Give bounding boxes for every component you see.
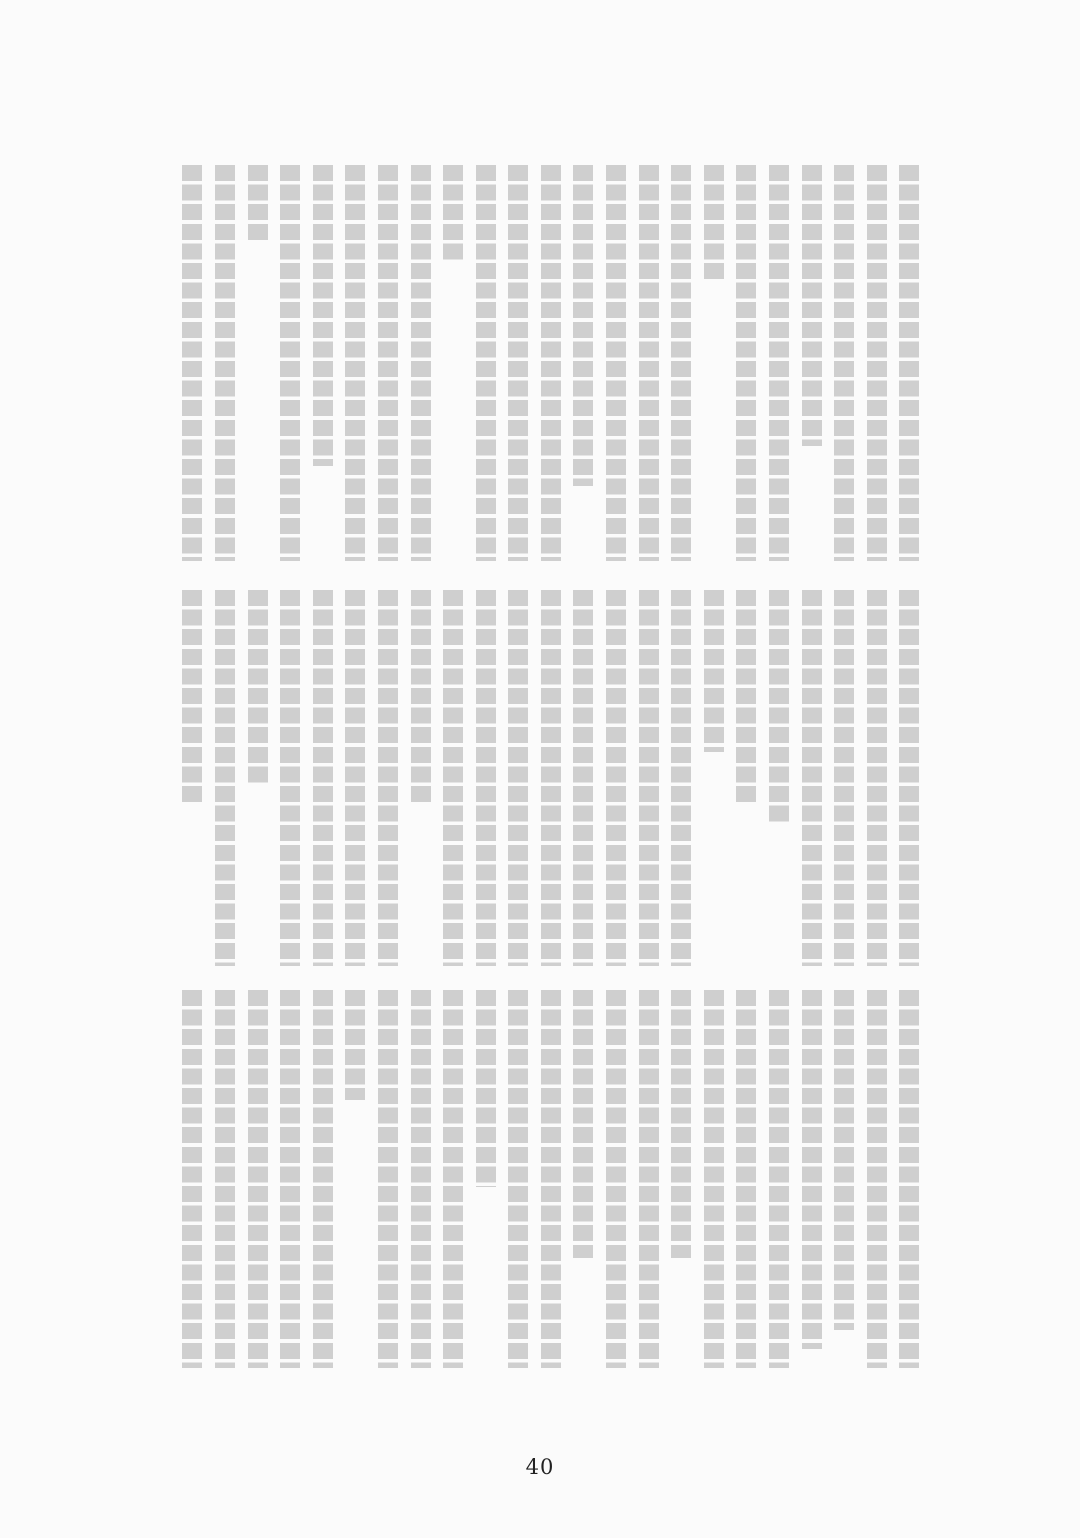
- redacted-text-bar: [899, 165, 919, 561]
- text-column: [665, 990, 698, 1368]
- text-column: [828, 165, 861, 561]
- redacted-text-bar: [606, 590, 626, 966]
- text-column: [535, 590, 568, 966]
- redacted-text-bar: [248, 990, 268, 1368]
- text-column: [274, 990, 307, 1368]
- redacted-text-bar: [704, 990, 724, 1368]
- text-column: [242, 990, 275, 1368]
- redacted-text-bar: [639, 165, 659, 561]
- text-column: [763, 590, 796, 966]
- redacted-text-bar: [215, 990, 235, 1368]
- text-column: [796, 165, 829, 561]
- text-column: [893, 590, 926, 966]
- redacted-text-bar: [704, 165, 724, 280]
- text-column: [535, 165, 568, 561]
- redacted-text-bar: [411, 165, 431, 561]
- redacted-text-bar: [378, 590, 398, 966]
- redacted-text-bar: [899, 990, 919, 1368]
- redacted-text-bar: [834, 165, 854, 561]
- redacted-text-bar: [411, 990, 431, 1368]
- redacted-text-bar: [476, 590, 496, 966]
- text-tier-top: [176, 165, 926, 561]
- text-column: [502, 590, 535, 966]
- text-column: [470, 165, 503, 561]
- text-column: [339, 590, 372, 966]
- text-column: [437, 165, 470, 561]
- text-column: [535, 990, 568, 1368]
- redacted-text-bar: [248, 165, 268, 240]
- redacted-text-bar: [834, 590, 854, 966]
- redacted-text-bar: [736, 990, 756, 1368]
- text-column: [567, 165, 600, 561]
- text-column: [763, 165, 796, 561]
- text-column: [633, 165, 666, 561]
- redacted-text-bar: [443, 165, 463, 260]
- text-column: [730, 165, 763, 561]
- redacted-text-bar: [508, 165, 528, 561]
- redacted-text-bar: [280, 590, 300, 966]
- text-column: [665, 590, 698, 966]
- text-column: [209, 590, 242, 966]
- text-column: [861, 590, 894, 966]
- redacted-text-bar: [573, 165, 593, 486]
- redacted-text-bar: [573, 590, 593, 966]
- redacted-text-bar: [802, 590, 822, 966]
- redacted-text-bar: [639, 590, 659, 966]
- redacted-text-bar: [769, 165, 789, 561]
- text-column: [698, 990, 731, 1368]
- text-column: [242, 590, 275, 966]
- text-column: [209, 165, 242, 561]
- redacted-text-bar: [704, 590, 724, 752]
- redacted-text-bar: [606, 165, 626, 561]
- redacted-text-bar: [378, 165, 398, 561]
- text-column: [470, 990, 503, 1368]
- text-column: [698, 590, 731, 966]
- text-column: [470, 590, 503, 966]
- text-column: [633, 990, 666, 1368]
- text-column: [307, 165, 340, 561]
- text-column: [372, 990, 405, 1368]
- redacted-text-bar: [476, 990, 496, 1187]
- text-column: [209, 990, 242, 1368]
- text-column: [307, 990, 340, 1368]
- text-column: [274, 165, 307, 561]
- redacted-text-bar: [541, 990, 561, 1368]
- redacted-text-bar: [802, 165, 822, 446]
- redacted-text-bar: [508, 590, 528, 966]
- redacted-text-bar: [541, 165, 561, 561]
- redacted-text-bar: [215, 590, 235, 966]
- text-column: [339, 990, 372, 1368]
- text-tier-bottom: [176, 990, 926, 1368]
- redacted-text-bar: [639, 990, 659, 1368]
- text-column: [437, 590, 470, 966]
- text-column: [600, 990, 633, 1368]
- text-column: [307, 590, 340, 966]
- redacted-text-bar: [215, 165, 235, 561]
- text-column: [176, 990, 209, 1368]
- text-column: [405, 590, 438, 966]
- text-column: [242, 165, 275, 561]
- text-column: [600, 165, 633, 561]
- text-column: [339, 165, 372, 561]
- redacted-text-bar: [182, 990, 202, 1368]
- redacted-text-bar: [280, 165, 300, 561]
- redacted-text-bar: [867, 590, 887, 966]
- redacted-text-bar: [182, 165, 202, 561]
- redacted-text-bar: [541, 590, 561, 966]
- redacted-text-bar: [443, 990, 463, 1368]
- text-column: [600, 590, 633, 966]
- redacted-text-bar: [313, 990, 333, 1368]
- redacted-text-bar: [345, 990, 365, 1100]
- redacted-text-bar: [182, 590, 202, 804]
- text-column: [567, 590, 600, 966]
- text-column: [763, 990, 796, 1368]
- redacted-text-bar: [443, 590, 463, 966]
- redacted-text-bar: [313, 590, 333, 966]
- page-number: 40: [0, 1455, 1080, 1479]
- redacted-text-bar: [802, 990, 822, 1349]
- text-column: [405, 990, 438, 1368]
- text-column: [502, 990, 535, 1368]
- redacted-text-bar: [867, 990, 887, 1368]
- redacted-text-bar: [345, 165, 365, 561]
- text-column: [861, 990, 894, 1368]
- text-column: [893, 990, 926, 1368]
- text-column: [176, 590, 209, 966]
- redacted-text-bar: [378, 990, 398, 1368]
- redacted-text-bar: [573, 990, 593, 1258]
- redacted-text-bar: [671, 590, 691, 966]
- redacted-text-bar: [867, 165, 887, 561]
- redacted-text-bar: [736, 590, 756, 804]
- text-column: [372, 590, 405, 966]
- redacted-text-bar: [280, 990, 300, 1368]
- text-column: [437, 990, 470, 1368]
- redacted-text-bar: [769, 590, 789, 823]
- redacted-text-bar: [736, 165, 756, 561]
- redacted-text-bar: [345, 590, 365, 966]
- text-column: [405, 165, 438, 561]
- redacted-text-bar: [606, 990, 626, 1368]
- redacted-text-bar: [248, 590, 268, 786]
- redacted-text-bar: [476, 165, 496, 561]
- redacted-text-bar: [313, 165, 333, 466]
- redacted-text-bar: [411, 590, 431, 804]
- redacted-text-bar: [508, 990, 528, 1368]
- redacted-text-bar: [899, 590, 919, 966]
- text-column: [372, 165, 405, 561]
- text-column: [730, 590, 763, 966]
- text-column: [502, 165, 535, 561]
- redacted-text-bar: [671, 990, 691, 1258]
- text-tier-middle: [176, 590, 926, 966]
- text-column: [796, 590, 829, 966]
- text-column: [698, 165, 731, 561]
- text-column: [730, 990, 763, 1368]
- text-column: [796, 990, 829, 1368]
- text-column: [828, 990, 861, 1368]
- text-column: [274, 590, 307, 966]
- redacted-text-bar: [834, 990, 854, 1330]
- text-column: [567, 990, 600, 1368]
- redacted-text-bar: [671, 165, 691, 561]
- redacted-text-bar: [769, 990, 789, 1368]
- text-column: [176, 165, 209, 561]
- text-column: [828, 590, 861, 966]
- text-column: [861, 165, 894, 561]
- text-column: [633, 590, 666, 966]
- text-column: [665, 165, 698, 561]
- text-column: [893, 165, 926, 561]
